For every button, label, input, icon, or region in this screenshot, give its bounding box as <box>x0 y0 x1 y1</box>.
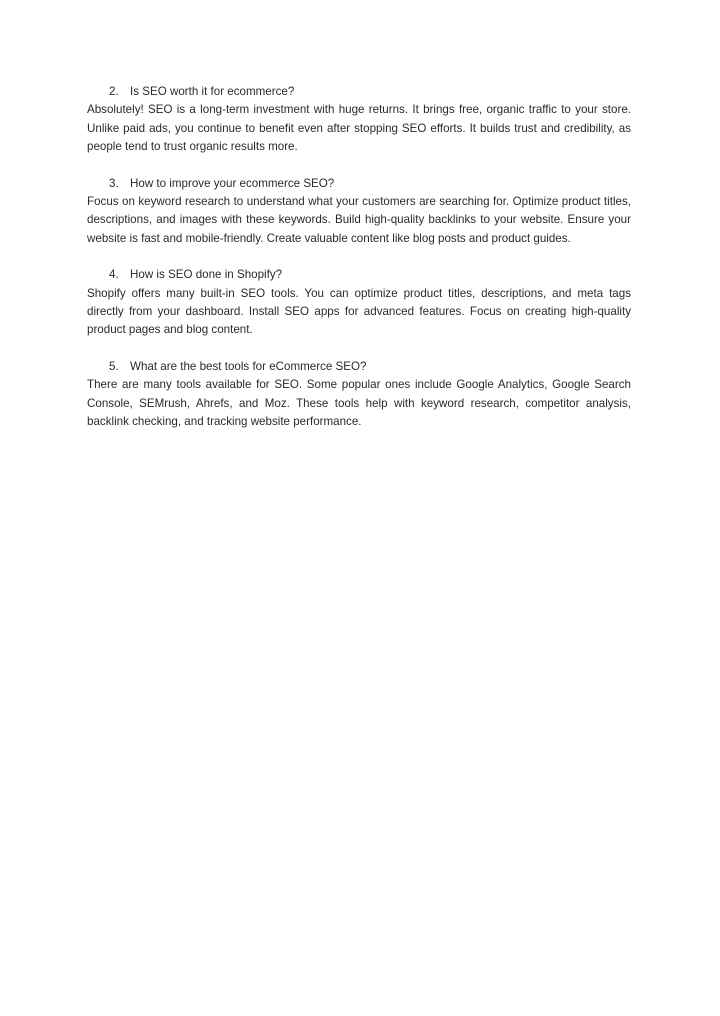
faq-item: 4.How is SEO done in Shopify? Shopify of… <box>87 266 631 339</box>
faq-item: 3.How to improve your ecommerce SEO? Foc… <box>87 175 631 248</box>
faq-question: 4.How is SEO done in Shopify? <box>87 266 631 284</box>
faq-answer: There are many tools available for SEO. … <box>87 376 631 431</box>
faq-question: 5.What are the best tools for eCommerce … <box>87 358 631 376</box>
faq-answer: Focus on keyword research to understand … <box>87 193 631 248</box>
faq-item: 5.What are the best tools for eCommerce … <box>87 358 631 431</box>
faq-number: 5. <box>109 358 130 376</box>
faq-answer: Shopify offers many built-in SEO tools. … <box>87 285 631 340</box>
document-page: 2.Is SEO worth it for ecommerce? Absolut… <box>87 83 631 450</box>
faq-number: 3. <box>109 175 130 193</box>
faq-question-text: How is SEO done in Shopify? <box>130 268 282 281</box>
faq-question: 2.Is SEO worth it for ecommerce? <box>87 83 631 101</box>
faq-question: 3.How to improve your ecommerce SEO? <box>87 175 631 193</box>
faq-question-text: Is SEO worth it for ecommerce? <box>130 85 294 98</box>
faq-number: 4. <box>109 266 130 284</box>
faq-answer: Absolutely! SEO is a long-term investmen… <box>87 101 631 156</box>
faq-number: 2. <box>109 83 130 101</box>
faq-question-text: How to improve your ecommerce SEO? <box>130 177 334 190</box>
faq-question-text: What are the best tools for eCommerce SE… <box>130 360 366 373</box>
faq-item: 2.Is SEO worth it for ecommerce? Absolut… <box>87 83 631 156</box>
